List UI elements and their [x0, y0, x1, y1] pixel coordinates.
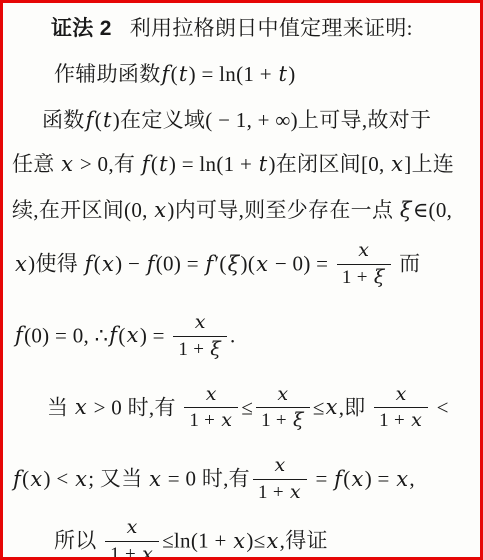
- text-run: )使得: [28, 252, 83, 276]
- text-run: ) =: [140, 323, 171, 347]
- text-run: > 0,有: [74, 152, 140, 176]
- text-run: 1 +: [342, 267, 373, 288]
- math-variable: f: [12, 467, 22, 491]
- text-run: 当: [47, 395, 74, 419]
- fraction-numerator: x: [173, 311, 227, 337]
- text-run: 1 +: [258, 482, 289, 503]
- math-variable: f: [85, 108, 95, 132]
- text-run: 1 +: [110, 544, 141, 560]
- fraction-numerator: x: [374, 383, 428, 409]
- math-variable: ξ: [227, 252, 241, 276]
- text-run: )(: [241, 252, 256, 276]
- text-run: 所以: [54, 529, 102, 553]
- fraction-numerator: x: [253, 454, 307, 480]
- text-run: (0) = 0, ∴: [24, 323, 108, 347]
- fraction-numerator: x: [337, 239, 391, 265]
- text-run: ′(: [214, 252, 226, 276]
- proof-line: 作辅助函数f(t) = ln(1 + t): [12, 59, 471, 89]
- text-run: 而: [394, 252, 421, 276]
- math-variable: f: [14, 323, 24, 347]
- math-variable: f: [333, 467, 343, 491]
- text-run: ,即: [339, 395, 371, 419]
- fraction: x1 + x: [253, 454, 307, 504]
- text-run: ,: [409, 467, 415, 491]
- text-run: ) −: [115, 252, 146, 276]
- text-run: (: [118, 323, 125, 347]
- math-variable: x: [265, 529, 279, 553]
- fraction-denominator: 1 + x: [374, 408, 428, 432]
- math-variable: t: [258, 152, 269, 176]
- math-variable: f: [108, 323, 118, 347]
- math-variable: ξ: [399, 198, 413, 222]
- text-run: (0) =: [156, 252, 205, 276]
- text-run: ]上连: [404, 152, 454, 176]
- fraction-denominator: 1 + x: [105, 542, 159, 560]
- text-run: ) = ln(1 +: [189, 62, 278, 86]
- math-variable: x: [74, 395, 88, 419]
- fraction-denominator: 1 + ξ: [256, 408, 310, 432]
- math-variable: x: [351, 467, 365, 491]
- math-variable: t: [158, 152, 169, 176]
- proof-line: 续,在开区间(0, x)内可导,则至少存在一点 ξ∈(0,: [12, 195, 471, 225]
- text-run: ) = ln(1 +: [169, 152, 258, 176]
- proof-line: f(x) < x; 又当 x = 0 时,有x1 + x = f(x) = x,: [12, 456, 471, 506]
- text-run: ; 又当: [88, 467, 148, 491]
- fraction-numerator: x: [256, 383, 310, 409]
- proof-line: 任意 x > 0,有 f(t) = ln(1 + t)在闭区间[0, x]上连: [12, 149, 471, 179]
- fraction: x1 + ξ: [173, 311, 227, 361]
- text-run: ≤: [313, 395, 325, 419]
- math-variable: x: [101, 252, 115, 276]
- math-variable: f: [161, 62, 171, 86]
- text-run: ) <: [44, 467, 75, 491]
- math-variable: x: [410, 409, 423, 431]
- math-variable: x: [276, 383, 289, 405]
- fraction-numerator: x: [184, 383, 238, 409]
- proof-line: 证法 2利用拉格朗日中值定理来证明:: [12, 13, 471, 44]
- proof-line: 当 x > 0 时,有 x1 + x≤x1 + ξ≤x,即 x1 + x <: [12, 385, 471, 435]
- fraction: x1 + ξ: [337, 239, 391, 289]
- math-proof-document: 证法 2利用拉格朗日中值定理来证明:作辅助函数f(t) = ln(1 + t)函…: [0, 0, 483, 560]
- math-variable: x: [395, 467, 409, 491]
- text-run: 利用拉格朗日中值定理来证明:: [130, 16, 413, 40]
- math-variable: t: [277, 62, 288, 86]
- text-run: ) =: [365, 467, 396, 491]
- fraction-denominator: 1 + ξ: [337, 265, 391, 289]
- math-variable: x: [14, 252, 28, 276]
- text-run: 1 +: [261, 410, 292, 431]
- math-variable: x: [126, 516, 139, 538]
- text-run: 1 +: [189, 410, 220, 431]
- fraction-denominator: 1 + x: [184, 408, 238, 432]
- text-run: ,得证: [280, 529, 328, 553]
- text-run: )在定义域( − 1, + ∞)上可导,故对于: [113, 108, 432, 132]
- math-variable: x: [390, 152, 404, 176]
- text-run: = 0 时,有: [162, 467, 250, 491]
- text-run: 1 +: [379, 410, 410, 431]
- math-variable: ξ: [209, 338, 222, 360]
- math-variable: x: [153, 198, 167, 222]
- text-run: .: [230, 323, 236, 347]
- text-run: )内可导,则至少存在一点: [167, 198, 398, 222]
- math-variable: f: [146, 252, 156, 276]
- text-run: ≤ln(1 +: [162, 529, 232, 553]
- text-run: > 0 时,有: [88, 395, 181, 419]
- math-variable: t: [102, 108, 113, 132]
- text-run: =: [310, 467, 333, 491]
- text-run: 任意: [12, 152, 60, 176]
- proof-line: 所以 x1 + x≤ln(1 + x)≤x,得证: [12, 518, 471, 560]
- math-variable: x: [357, 239, 370, 261]
- proof-method-label: 证法 2: [51, 17, 112, 40]
- fraction-denominator: 1 + x: [253, 480, 307, 504]
- math-variable: ξ: [373, 266, 386, 288]
- math-variable: x: [325, 395, 339, 419]
- fraction: x1 + ξ: [256, 383, 310, 433]
- proof-line: x)使得 f(x) − f(0) = f′(ξ)(x − 0) = x1 + ξ…: [12, 241, 471, 291]
- math-variable: x: [205, 383, 218, 405]
- math-variable: f: [204, 252, 214, 276]
- math-variable: x: [289, 481, 302, 503]
- math-variable: x: [220, 409, 233, 431]
- text-run: )≤: [246, 529, 265, 553]
- math-variable: x: [395, 383, 408, 405]
- math-variable: x: [141, 543, 154, 560]
- proof-text-block: 证法 2利用拉格朗日中值定理来证明:作辅助函数f(t) = ln(1 + t)函…: [3, 13, 480, 560]
- math-variable: f: [84, 252, 94, 276]
- math-variable: t: [178, 62, 189, 86]
- text-run: 函数: [42, 108, 85, 132]
- text-run: ): [288, 62, 295, 86]
- math-variable: x: [255, 252, 269, 276]
- fraction-numerator: x: [105, 516, 159, 542]
- text-run: (: [94, 252, 101, 276]
- text-run: (: [95, 108, 102, 132]
- text-run: 作辅助函数: [54, 62, 161, 86]
- math-variable: ξ: [292, 409, 305, 431]
- proof-line: 函数f(t)在定义域( − 1, + ∞)上可导,故对于: [12, 105, 471, 135]
- fraction-denominator: 1 + ξ: [173, 337, 227, 361]
- text-run: ≤: [241, 395, 253, 419]
- text-run: − 0) =: [269, 252, 334, 276]
- math-variable: x: [74, 467, 88, 491]
- text-run: )在闭区间[0,: [268, 152, 390, 176]
- math-variable: x: [29, 467, 43, 491]
- text-run: <: [431, 395, 449, 419]
- math-variable: f: [141, 152, 151, 176]
- text-run: (: [343, 467, 350, 491]
- math-variable: x: [194, 311, 207, 333]
- fraction: x1 + x: [184, 383, 238, 433]
- math-variable: x: [60, 152, 74, 176]
- text-run: ∈(0,: [413, 198, 453, 222]
- fraction: x1 + x: [374, 383, 428, 433]
- math-variable: x: [148, 467, 162, 491]
- proof-line: f(0) = 0, ∴f(x) = x1 + ξ.: [12, 313, 471, 363]
- text-run: 续,在开区间(0,: [12, 198, 153, 222]
- fraction: x1 + x: [105, 516, 159, 560]
- math-variable: x: [126, 323, 140, 347]
- math-variable: x: [273, 454, 286, 476]
- math-variable: x: [232, 529, 246, 553]
- text-run: 1 +: [178, 339, 209, 360]
- text-run: (: [171, 62, 178, 86]
